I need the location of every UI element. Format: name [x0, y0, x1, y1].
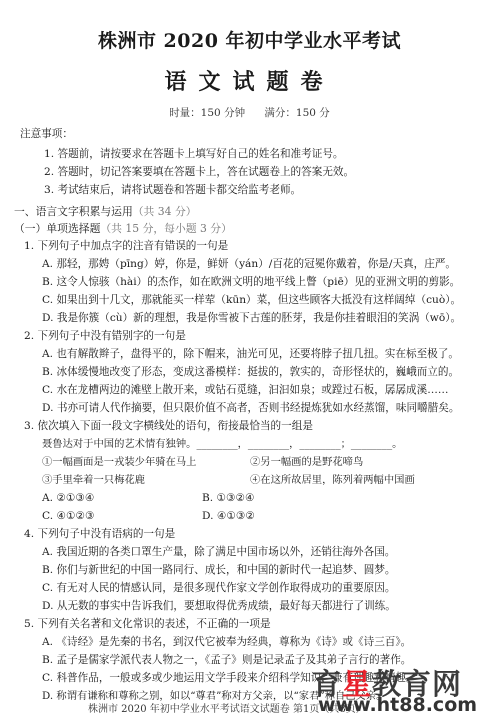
- section-title: 一、语言文字积累与运用: [14, 205, 133, 218]
- fill-item: ①一幅画面是一戎装少年骑在马上: [42, 455, 196, 469]
- option: A. 我国近期的各类口罩生产量，除了满足中国市场以外，还销往海外各国。: [42, 545, 395, 559]
- part-score: （共 15 分，每小题 3 分）: [100, 222, 232, 235]
- watermark: 育星教育网 www.ht88.com: [312, 662, 497, 714]
- section-score: （共 34 分）: [133, 205, 197, 218]
- option: D. 从无数的事实中告诉我们，要想取得优秀成绩，最好每天都进行了训练。: [42, 599, 396, 613]
- part-heading: （一）单项选择题（共 15 分，每小题 3 分）: [14, 222, 232, 236]
- option: D. ④①③②: [202, 509, 255, 523]
- option: C. ④①②③: [42, 509, 94, 523]
- part-title: （一）单项选择题: [14, 222, 100, 235]
- question-stem: 5. 下列有关名著和文化常识的表述，不正确的一项是: [24, 617, 271, 631]
- notes-heading: 注意事项：: [20, 127, 73, 141]
- option: B. 冰体缓慢地改变了形态，变成这番模样：挺拔的，敦实的，奇形怪状的，巍峨而立的…: [42, 365, 459, 379]
- fill-item: ②另一幅画的是野花啼鸟: [250, 455, 363, 469]
- time-limit: 时量：150 分钟: [169, 107, 245, 119]
- note-item: 2. 答题时，切记答案要填在答题卡上，答在试题卷上的答案无效。: [44, 165, 354, 179]
- fill-passage: 聂鲁达对于中国的艺术情有独钟。________，________，_______…: [42, 437, 402, 451]
- option: A. 《诗经》是先秦的书名，到汉代它被奉为经典，尊称为《诗》或《诗三百》。: [42, 635, 411, 649]
- option: B. 这令人惊骇（hài）的杰作，如在欧洲文明的地平线上瞥（piē）见的亚洲文明…: [42, 275, 460, 289]
- fill-item: ④在这所故居里，陈列着两幅中国画: [250, 473, 415, 487]
- question-stem: 3. 依次填入下面一段文字横线处的语句，衔接最恰当的一组是: [24, 419, 313, 433]
- note-item: 3. 考试结束后，请将试题卷和答题卡都交给监考老师。: [44, 183, 301, 197]
- watermark-url: www.ht88.com: [318, 694, 477, 714]
- question-stem: 1. 下列句子中加点字的注音有错误的一句是: [24, 239, 228, 253]
- full-score: 满分：150 分: [264, 107, 329, 119]
- option: A. ②①③④: [42, 491, 94, 505]
- fill-item: ③手里牵着一只梅花鹿: [42, 473, 145, 487]
- option: B. 你们与新世纪的中国一路同行、成长，和中国的新时代一起追梦、圆梦。: [42, 563, 396, 577]
- option: C. 水在龙槽两边的滩壁上散开来，或钻石觅缝，汩汩如泉；或蹚过石板，孱孱成溪……: [42, 383, 448, 397]
- question-stem: 2. 下列句子中没有错别字的一句是: [24, 329, 186, 343]
- exam-meta: 时量：150 分钟 满分：150 分: [0, 105, 499, 120]
- exam-subtitle: 语文试题卷: [0, 65, 499, 96]
- option: D. 书亦可请人代作摘要，但只限价值不高者，否则书经提炼犹如水经蒸馏，味同嚼腊矣…: [42, 401, 459, 415]
- exam-page: 株洲市 2020 年初中学业水平考试 语文试题卷 时量：150 分钟 满分：15…: [0, 0, 499, 714]
- option: D. 我是你簇（cù）新的理想，我是你雪被下古莲的胚芽，我是你挂着眼泪的笑涡（w…: [42, 311, 461, 325]
- section-heading: 一、语言文字积累与运用（共 34 分）: [14, 205, 197, 219]
- option: C. 如果出到十几文，那就能买一样荤（kūn）菜，但这些顾客大抵没有这样阔绰（c…: [42, 293, 461, 307]
- question-stem: 4. 下列句子中没有语病的一句是: [24, 527, 175, 541]
- option: C. 有无对人民的情感认同，是很多现代作家文学创作取得成功的重要原因。: [42, 581, 395, 595]
- note-item: 1. 答题前，请按要求在答题卡上填写好自己的姓名和准考证号。: [44, 147, 344, 161]
- option: B. ①③②④: [202, 491, 255, 505]
- exam-title: 株洲市 2020 年初中学业水平考试: [0, 26, 499, 53]
- option: A. 那轻，那娉（pīng）婷，你是，鲜妍（yán）/百花的冠冕你戴着，你是/天…: [42, 257, 456, 271]
- option: A. 也有解散辫子，盘得平的，除下帽来，油光可见，还要将脖子扭几扭。实在标至极了…: [42, 347, 459, 361]
